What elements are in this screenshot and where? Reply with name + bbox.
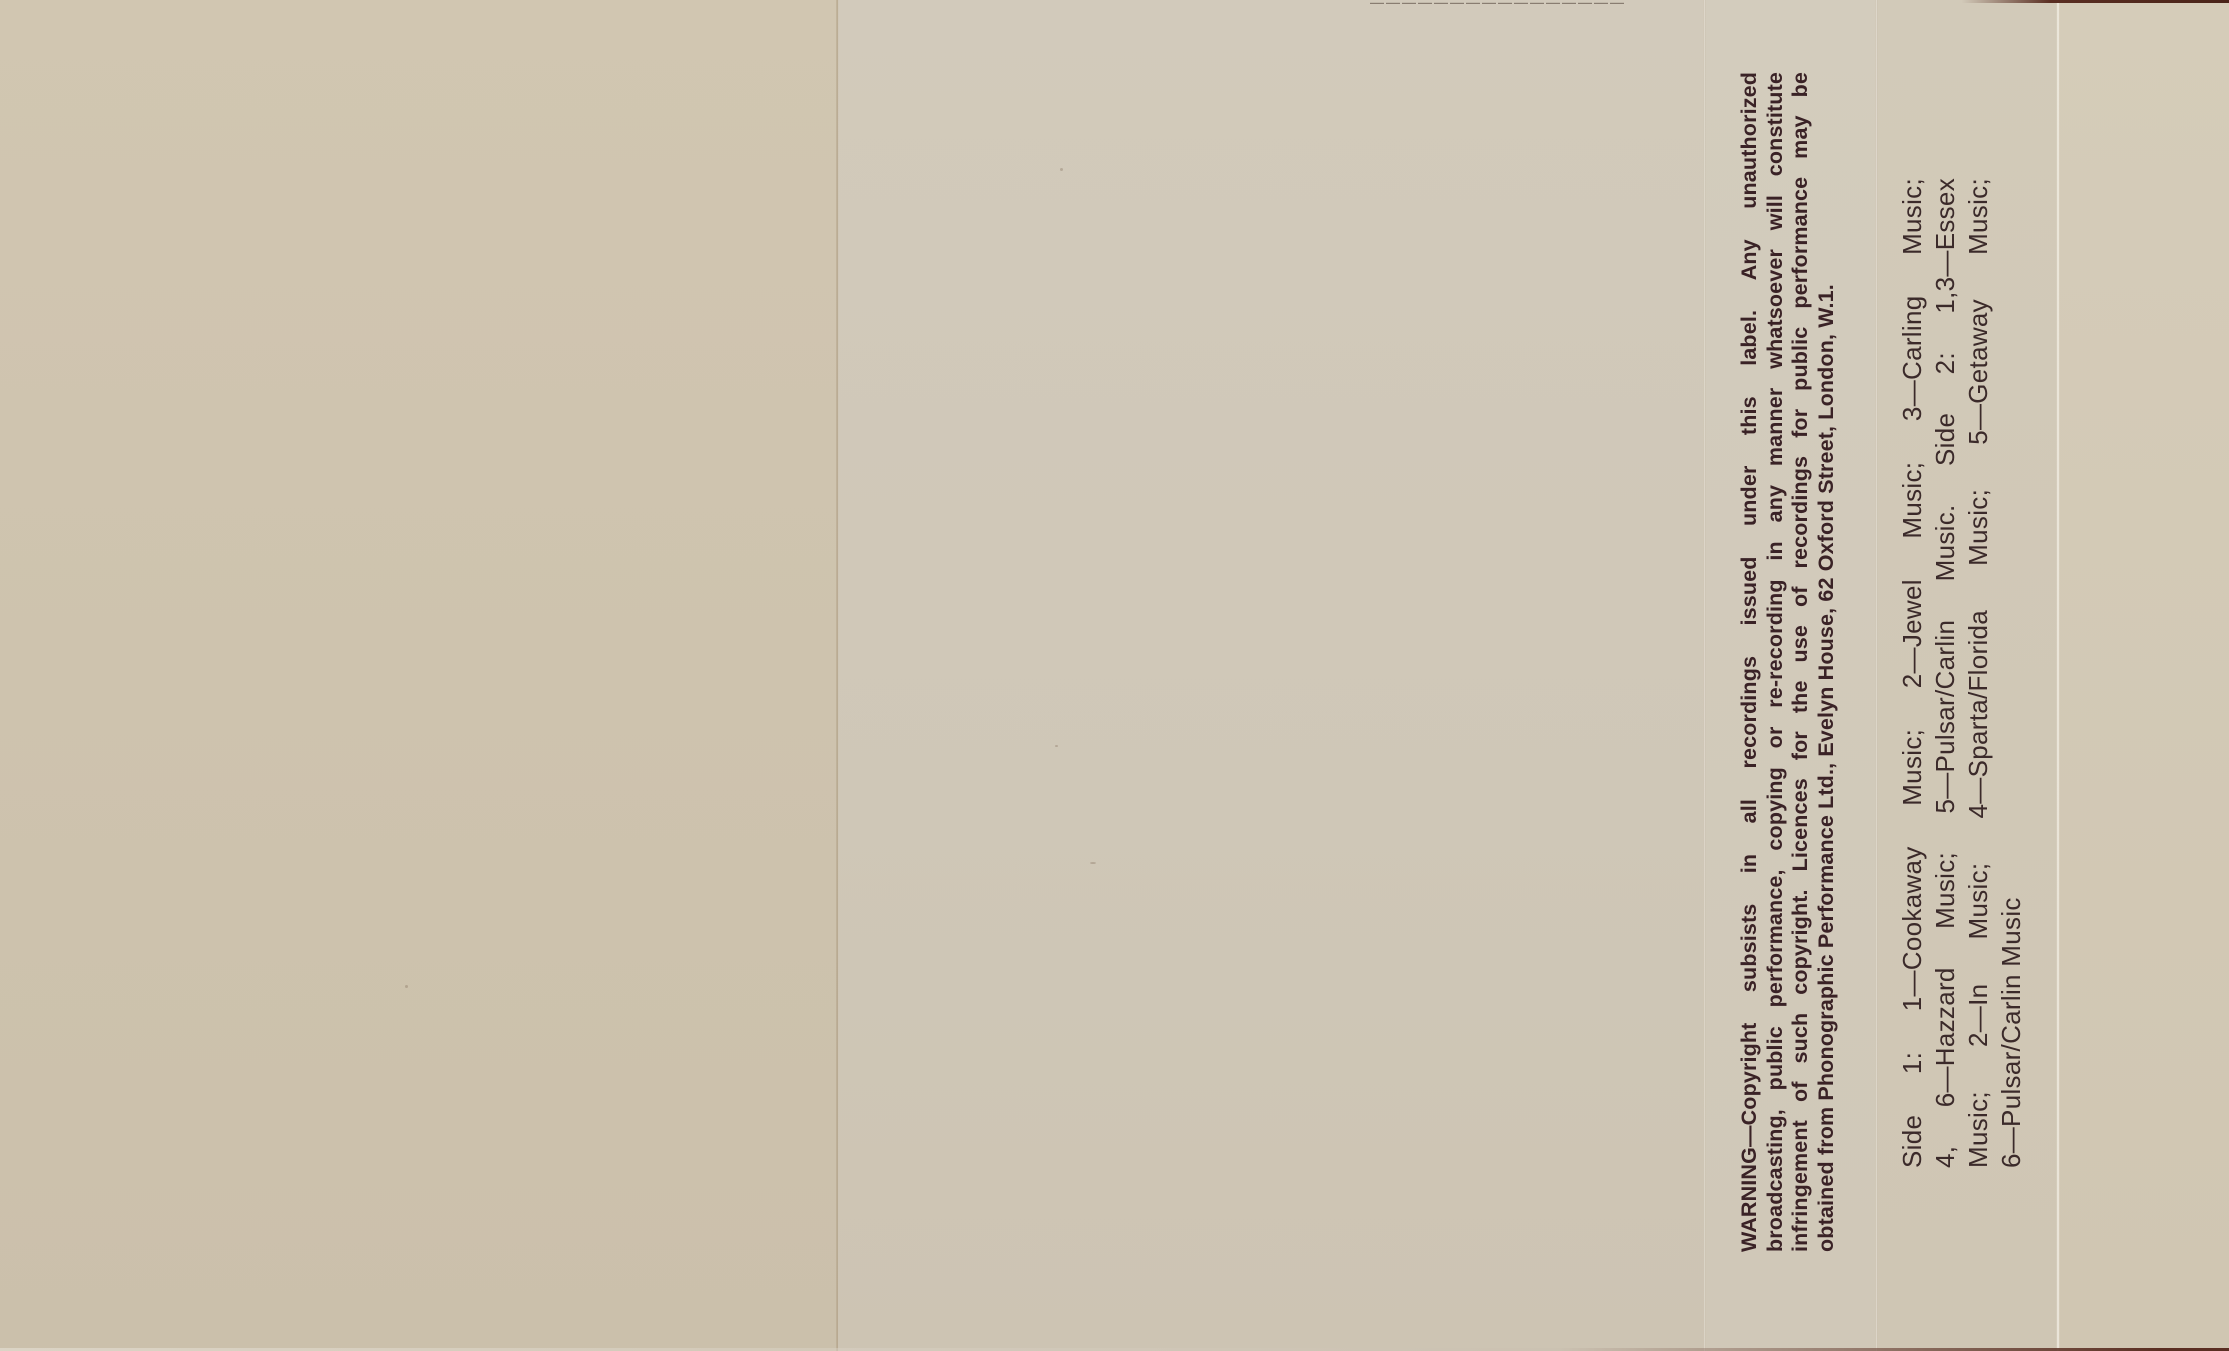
paper-speck [405, 985, 408, 988]
warning-line: infringement of such copyright. Licences… [1788, 72, 1814, 1252]
paper-speck [1090, 862, 1096, 864]
inlay-panel-front [838, 0, 1705, 1351]
paper-speck [1055, 745, 1058, 747]
publisher-credits-text: Side 1: 1—Cookaway Music; 2—Jewel Music;… [1896, 178, 2028, 1168]
fold-line [1703, 0, 1706, 1351]
warning-line: WARNING—Copyright subsists in all record… [1737, 72, 1763, 1252]
credits-line: 6—Pulsar/Carlin Music [1995, 178, 2028, 1168]
fold-line [1875, 0, 1878, 1351]
copyright-warning-text: WARNING—Copyright subsists in all record… [1737, 72, 1839, 1252]
crease-line [2056, 0, 2060, 1351]
paper-speck [1060, 168, 1063, 171]
top-paper-edge [0, 0, 2229, 3]
warning-line: obtained from Phonographic Performance L… [1814, 72, 1840, 1252]
warning-line: broadcasting, public performance, copyin… [1763, 72, 1789, 1252]
inlay-panel-back [0, 0, 838, 1351]
credits-line: Music; 2—In Music; 4—Sparta/Florida Musi… [1962, 178, 1995, 1168]
inlay-edge-flap [2058, 0, 2229, 1351]
credits-line: 4, 6—Hazzard Music; 5—Pulsar/Carlin Musi… [1929, 178, 1962, 1168]
fold-line [836, 0, 839, 1351]
truncated-top-print: ▬▬▬▬▬▬▬▬▬▬▬▬▬▬▬▬ [1370, 0, 1650, 4]
credits-line: Side 1: 1—Cookaway Music; 2—Jewel Music;… [1896, 178, 1929, 1168]
